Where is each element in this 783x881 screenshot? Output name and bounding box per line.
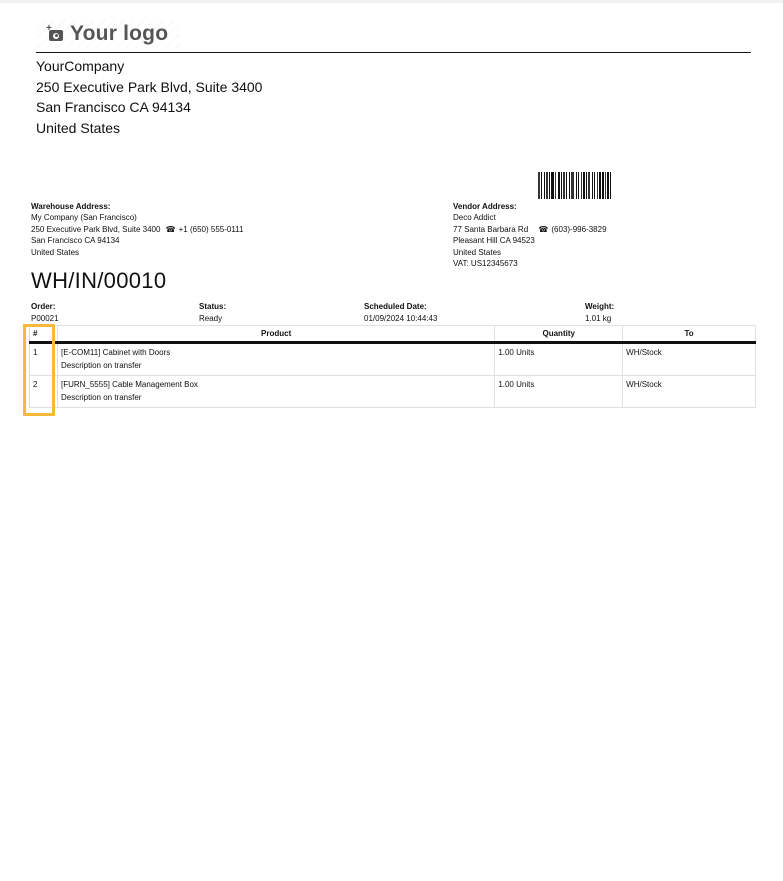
warehouse-address-label: Warehouse Address: [31,201,244,212]
row-quantity: 1.00 Units [495,376,623,408]
status-info: Status: Ready [199,301,226,324]
column-header-number: # [30,326,58,343]
scheduled-date-label: Scheduled Date: [364,301,437,313]
warehouse-name: My Company (San Francisco) [31,212,244,223]
vendor-city: Pleasant Hill CA 94523 [453,235,607,246]
vendor-vat: VAT: US12345673 [453,258,607,269]
company-city: San Francisco CA 94134 [36,97,262,118]
column-header-product: Product [57,326,494,343]
weight-value: 1.01 kg [585,313,614,325]
weight-info: Weight: 1.01 kg [585,301,614,324]
column-header-to: To [623,326,756,343]
barcode [538,172,650,199]
row-product: [E-COM11] Cabinet with Doors Description… [57,343,494,376]
company-street: 250 Executive Park Blvd, Suite 3400 [36,77,262,98]
order-label: Order: [31,301,59,313]
row-number: 2 [30,376,58,408]
order-value: P00021 [31,313,59,325]
scheduled-date-info: Scheduled Date: 01/09/2024 10:44:43 [364,301,437,324]
logo-text: Your logo [70,22,168,46]
product-description: Description on transfer [61,360,491,373]
table-row: 2 [FURN_5555] Cable Management Box Descr… [30,376,756,408]
company-address: YourCompany 250 Executive Park Blvd, Sui… [36,56,262,138]
warehouse-country: United States [31,247,244,258]
row-product: [FURN_5555] Cable Management Box Descrip… [57,376,494,408]
phone-icon: ☎ [538,224,548,235]
column-header-quantity: Quantity [495,326,623,343]
vendor-country: United States [453,247,607,258]
product-name: [FURN_5555] Cable Management Box [61,379,491,392]
vendor-name: Deco Addict [453,212,607,223]
company-name: YourCompany [36,56,262,77]
row-destination: WH/Stock [623,343,756,376]
phone-icon: ☎ [166,224,176,235]
page-top-edge [0,0,783,3]
vendor-phone: (603)-996-3829 [551,224,606,235]
warehouse-city: San Francisco CA 94134 [31,235,244,246]
table-row: 1 [E-COM11] Cabinet with Doors Descripti… [30,343,756,376]
vendor-address-label: Vendor Address: [453,201,607,212]
row-destination: WH/Stock [623,376,756,408]
weight-label: Weight: [585,301,614,313]
header-divider [36,52,751,53]
row-quantity: 1.00 Units [495,343,623,376]
company-country: United States [36,118,262,139]
moves-table: # Product Quantity To 1 [E-COM11] Cabine… [29,325,756,408]
status-value: Ready [199,313,226,325]
warehouse-street: 250 Executive Park Blvd, Suite 3400 [31,225,160,234]
camera-plus-icon: + [46,26,64,42]
product-name: [E-COM11] Cabinet with Doors [61,347,491,360]
table-header-row: # Product Quantity To [30,326,756,343]
order-info: Order: P00021 [31,301,59,324]
warehouse-address: Warehouse Address: My Company (San Franc… [31,201,244,258]
vendor-street: 77 Santa Barbara Rd [453,225,528,234]
vendor-address: Vendor Address: Deco Addict 77 Santa Bar… [453,201,607,269]
row-number: 1 [30,343,58,376]
scheduled-date-value: 01/09/2024 10:44:43 [364,313,437,325]
warehouse-phone: +1 (650) 555-0111 [179,224,244,235]
product-description: Description on transfer [61,392,491,405]
company-logo: + Your logo [36,20,180,48]
document-reference: WH/IN/00010 [31,268,166,294]
status-label: Status: [199,301,226,313]
